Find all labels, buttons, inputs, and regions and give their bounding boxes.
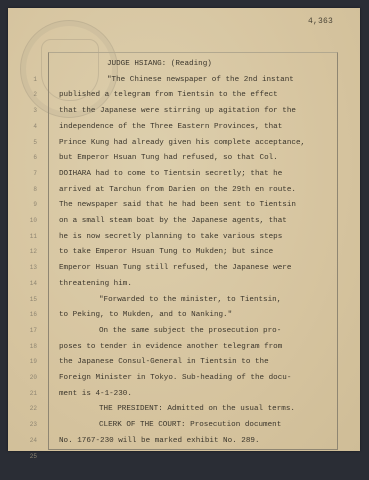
line-number: 19 (21, 354, 37, 370)
line-text: the Japanese Consul-General in Tientsin … (59, 354, 269, 370)
line-number: 10 (21, 213, 37, 229)
transcript-line: The newspaper said that he had been sent… (49, 197, 337, 213)
transcript-line: "Forwarded to the minister, to Tientsin, (49, 292, 337, 308)
transcript-line: threatening him. (49, 276, 337, 292)
line-text: he is now secretly planning to take vari… (59, 229, 282, 245)
transcript-line: to take Emperor Hsuan Tung to Mukden; bu… (49, 244, 337, 260)
line-text: CLERK OF THE COURT: Prosecution document (99, 417, 281, 433)
line-number: 18 (21, 339, 37, 355)
transcript-text-box: 1234567891011121314151617181920212223242… (48, 52, 338, 450)
transcript-line: Prince Kung had already given his comple… (49, 135, 337, 151)
line-number: 15 (21, 292, 37, 308)
line-number: 2 (21, 87, 37, 103)
line-text: threatening him. (59, 276, 132, 292)
transcript-line: published a telegram from Tientsin to th… (49, 87, 337, 103)
line-number: 14 (21, 276, 37, 292)
transcript-line: the Japanese Consul-General in Tientsin … (49, 354, 337, 370)
line-number: 12 (21, 244, 37, 260)
line-number: 23 (21, 417, 37, 433)
line-number: 4 (21, 119, 37, 135)
line-number: 7 (21, 166, 37, 182)
line-text: THE PRESIDENT: Admitted on the usual ter… (99, 401, 295, 417)
transcript-line: independence of the Three Eastern Provin… (49, 119, 337, 135)
line-number: 22 (21, 401, 37, 417)
line-text: The newspaper said that he had been sent… (59, 197, 296, 213)
line-text: Prince Kung had already given his comple… (59, 135, 305, 151)
transcript-line: CLERK OF THE COURT: Prosecution document (49, 417, 337, 433)
scanner-bottom-edge (0, 458, 369, 480)
transcript-line: On the same subject the prosecution pro- (49, 323, 337, 339)
line-text: independence of the Three Eastern Provin… (59, 119, 282, 135)
line-text: JUDGE HSIANG: (Reading) (107, 56, 212, 72)
transcript-line: to Peking, to Mukden, and to Nanking." (49, 307, 337, 323)
transcript-line: on a small steam boat by the Japanese ag… (49, 213, 337, 229)
transcript-line: DOIHARA had to come to Tientsin secretly… (49, 166, 337, 182)
page-number: 4,363 (308, 17, 333, 26)
line-number: 3 (21, 103, 37, 119)
line-text: arrived at Tarchun from Darien on the 29… (59, 182, 296, 198)
line-number: 11 (21, 229, 37, 245)
line-text: published a telegram from Tientsin to th… (59, 87, 278, 103)
transcript-line: poses to tender in evidence another tele… (49, 339, 337, 355)
transcript-line: THE PRESIDENT: Admitted on the usual ter… (49, 401, 337, 417)
line-number: 24 (21, 433, 37, 449)
transcript-line: ment is 4-1-230. (49, 386, 337, 402)
transcript-line: JUDGE HSIANG: (Reading) (49, 56, 337, 72)
transcript-line: that the Japanese were stirring up agita… (49, 103, 337, 119)
line-number: 16 (21, 307, 37, 323)
transcript-line: he is now secretly planning to take vari… (49, 229, 337, 245)
line-number: 5 (21, 135, 37, 151)
line-number: 1 (21, 72, 37, 88)
transcript-line: Foreign Minister in Tokyo. Sub-heading o… (49, 370, 337, 386)
line-text: but Emperor Hsuan Tung had refused, so t… (59, 150, 278, 166)
line-text: "The Chinese newspaper of the 2nd instan… (107, 72, 294, 88)
line-text: that the Japanese were stirring up agita… (59, 103, 296, 119)
line-text: on a small steam boat by the Japanese ag… (59, 213, 287, 229)
transcript-line: No. 1767-230 will be marked exhibit No. … (49, 433, 337, 449)
document-page: 4,363 1234567891011121314151617181920212… (8, 8, 360, 451)
line-number: 20 (21, 370, 37, 386)
line-number: 17 (21, 323, 37, 339)
line-number: 13 (21, 260, 37, 276)
line-number: 8 (21, 182, 37, 198)
transcript-line: but Emperor Hsuan Tung had refused, so t… (49, 150, 337, 166)
line-text: ment is 4-1-230. (59, 386, 132, 402)
line-text: Foreign Minister in Tokyo. Sub-heading o… (59, 370, 291, 386)
line-text: to take Emperor Hsuan Tung to Mukden; bu… (59, 244, 273, 260)
line-number: 9 (21, 197, 37, 213)
line-text: poses to tender in evidence another tele… (59, 339, 282, 355)
transcript-line: arrived at Tarchun from Darien on the 29… (49, 182, 337, 198)
line-number: 21 (21, 386, 37, 402)
line-text: DOIHARA had to come to Tientsin secretly… (59, 166, 282, 182)
line-text: No. 1767-230 will be marked exhibit No. … (59, 433, 260, 449)
line-text: Emperor Hsuan Tung still refused, the Ja… (59, 260, 291, 276)
transcript-line: Emperor Hsuan Tung still refused, the Ja… (49, 260, 337, 276)
transcript-line: "The Chinese newspaper of the 2nd instan… (49, 72, 337, 88)
line-number: 6 (21, 150, 37, 166)
line-text: "Forwarded to the minister, to Tientsin, (99, 292, 281, 308)
line-text: to Peking, to Mukden, and to Nanking." (59, 307, 232, 323)
line-text: On the same subject the prosecution pro- (99, 323, 281, 339)
